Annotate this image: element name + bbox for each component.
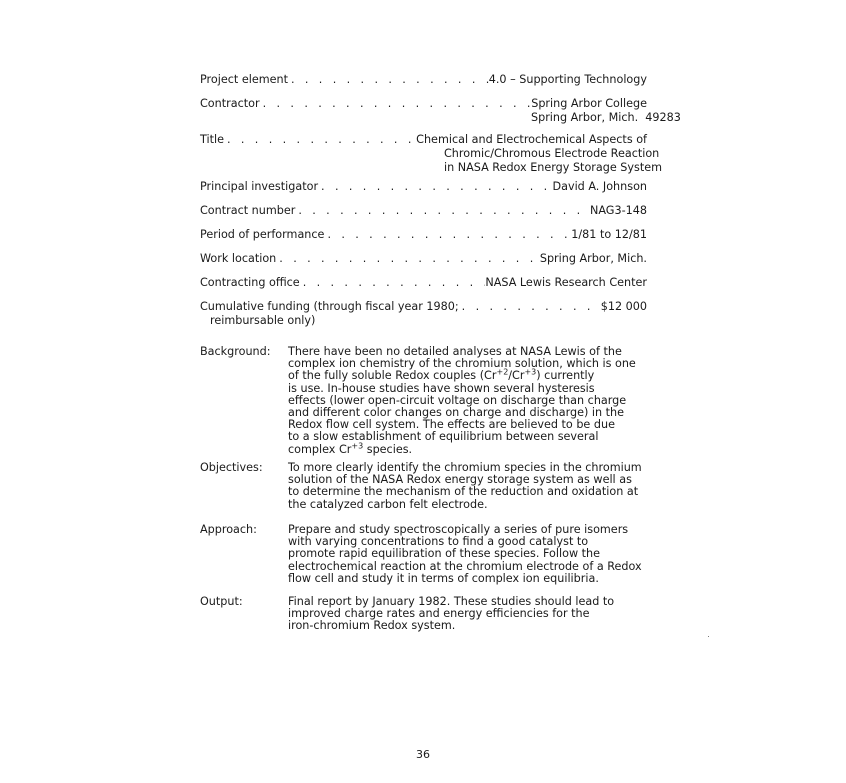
field-label: Contractor: [200, 97, 260, 111]
field-value: $12 000: [601, 300, 647, 314]
section-text: To more clearly identify the chromium sp…: [288, 462, 658, 511]
dot-leader: . . . . . . . . . . . . . . . . . . . . …: [260, 97, 532, 111]
field-contracting: Contracting office. . . . . . . . . . . …: [200, 276, 647, 290]
dot-leader: . . . . . . . . . . . . . . . . . . . . …: [324, 228, 571, 242]
field-label: Cumulative funding (through fiscal year …: [200, 300, 459, 314]
text-line: of the fully soluble Redox couples (Cr+2…: [288, 370, 658, 382]
field-value-continuation: reimbursable only): [200, 314, 647, 328]
dot-leader: . . . . . . . . . . . . . . . . . . . . …: [288, 73, 489, 87]
dot-leader: . . . . . . . . . . . . . . . . . . . . …: [459, 300, 601, 314]
field-work: Work location. . . . . . . . . . . . . .…: [200, 252, 647, 266]
field-value: NAG3-148: [590, 204, 647, 218]
field-value: 1/81 to 12/81: [571, 228, 647, 242]
field-value-continuation: in NASA Redox Energy Storage System: [200, 161, 647, 175]
dot-leader: . . . . . . . . . . . . . . . . . . . . …: [300, 276, 486, 290]
dot-leader: . . . . . . . . . . . . . . . . . . . . …: [276, 252, 540, 266]
field-value-continuation: Chromic/Chromous Electrode Reaction: [200, 147, 647, 161]
text-line: complex Cr+3 species.: [288, 444, 658, 456]
text-line: electrochemical reaction at the chromium…: [288, 561, 658, 573]
field-project: Project element. . . . . . . . . . . . .…: [200, 73, 647, 87]
field-principal: Principal investigator. . . . . . . . . …: [200, 180, 647, 194]
field-label: Work location: [200, 252, 276, 266]
text-line: the catalyzed carbon felt electrode.: [288, 499, 658, 511]
section-label: Output:: [200, 596, 243, 608]
field-label: Period of performance: [200, 228, 324, 242]
text-line: iron-chromium Redox system.: [288, 620, 658, 632]
section-label: Approach:: [200, 524, 257, 536]
field-value: NASA Lewis Research Center: [485, 276, 647, 290]
dot-leader: . . . . . . . . . . . . . . . . . . . . …: [295, 204, 590, 218]
section-text: Prepare and study spectroscopically a se…: [288, 524, 658, 585]
field-value: David A. Johnson: [552, 180, 647, 194]
field-contract: Contract number. . . . . . . . . . . . .…: [200, 204, 647, 218]
field-value: Chemical and Electrochemical Aspects of: [416, 133, 647, 147]
section-label: Objectives:: [200, 462, 263, 474]
section-label: Background:: [200, 346, 271, 358]
field-value: 4.0 – Supporting Technology: [489, 73, 647, 87]
field-contractor: Contractor. . . . . . . . . . . . . . . …: [200, 97, 647, 125]
section-text: There have been no detailed analyses at …: [288, 346, 658, 456]
field-cumulative: Cumulative funding (through fiscal year …: [200, 300, 647, 328]
field-value: Spring Arbor, Mich.: [540, 252, 647, 266]
field-label: Project element: [200, 73, 288, 87]
text-line: flow cell and study it in terms of compl…: [288, 573, 658, 585]
document-page: Project element. . . . . . . . . . . . .…: [0, 0, 846, 783]
section-text: Final report by January 1982. These stud…: [288, 596, 658, 633]
page-number: 36: [0, 748, 846, 761]
text-line: to a slow establishment of equilibrium b…: [288, 431, 658, 443]
text-line: promote rapid equilibration of these spe…: [288, 548, 658, 560]
field-label: Title: [200, 133, 224, 147]
field-label: Principal investigator: [200, 180, 318, 194]
field-title: Title. . . . . . . . . . . . . . . . . .…: [200, 133, 647, 175]
field-value-continuation: Spring Arbor, Mich. 49283: [200, 111, 647, 125]
field-period: Period of performance. . . . . . . . . .…: [200, 228, 647, 242]
field-value: Spring Arbor College: [531, 97, 647, 111]
text-line: to determine the mechanism of the reduct…: [288, 486, 658, 498]
scan-speck: [708, 636, 709, 637]
field-label: Contract number: [200, 204, 295, 218]
text-line: is use. In-house studies have shown seve…: [288, 383, 658, 395]
dot-leader: . . . . . . . . . . . . . . . . . . . . …: [318, 180, 552, 194]
field-label: Contracting office: [200, 276, 300, 290]
dot-leader: . . . . . . . . . . . . . . . . . . . . …: [224, 133, 416, 147]
